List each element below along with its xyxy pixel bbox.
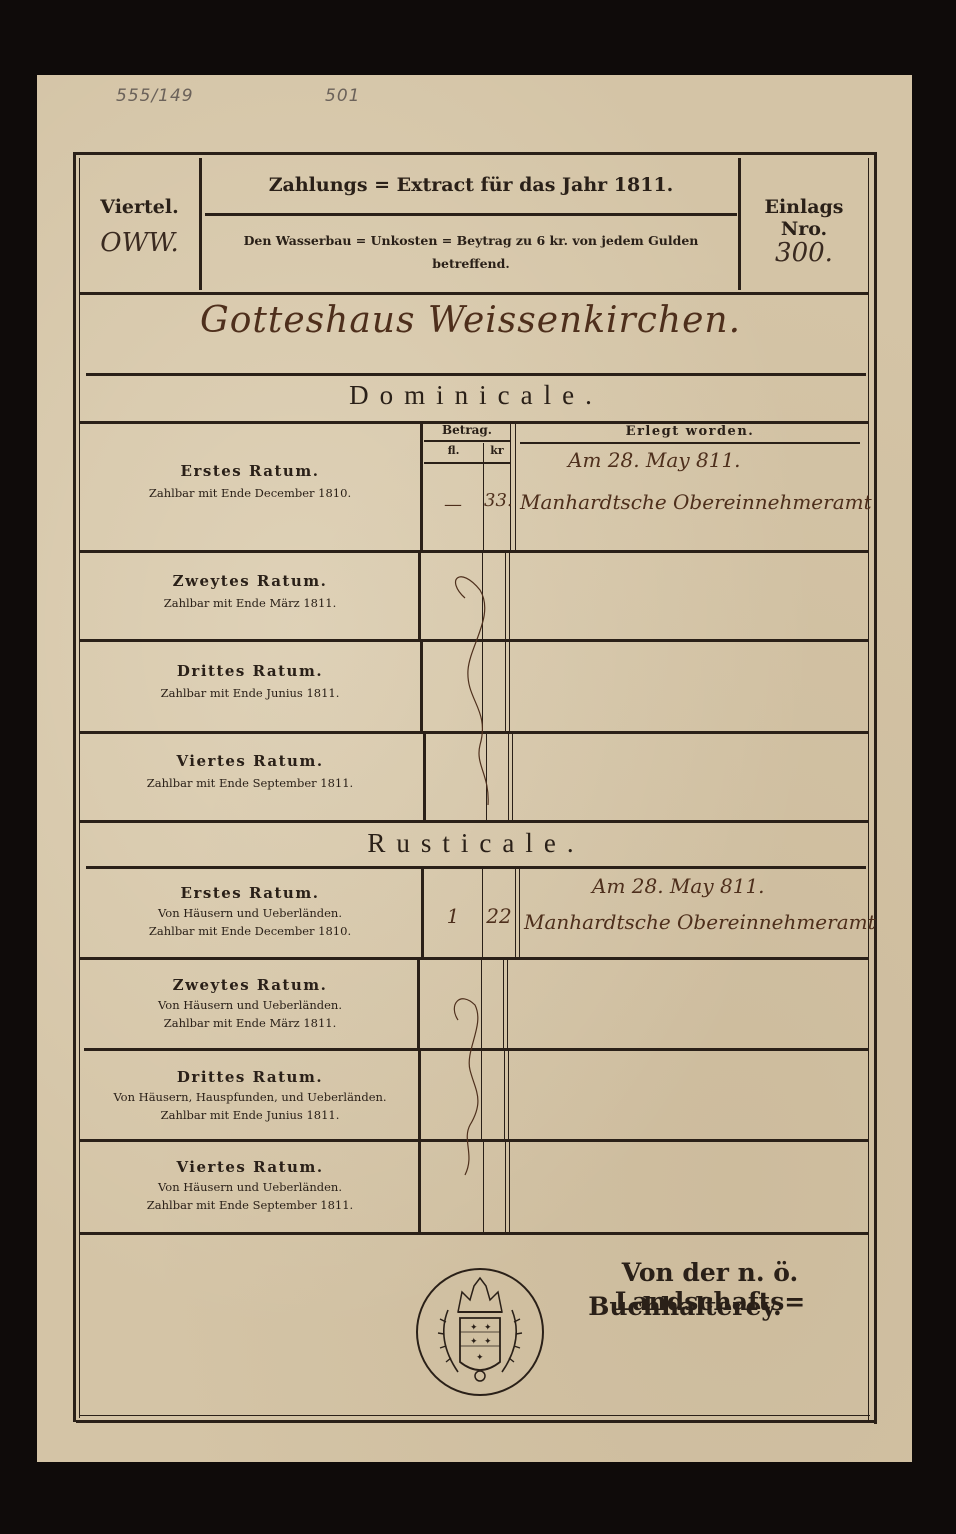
table-row-rusticale-3: Drittes Ratum. Von Häusern, Hauspfunden,…	[82, 1068, 418, 1122]
column-header-fl: fl.	[424, 444, 483, 457]
ratum-due-date: Zahlbar mit Ende December 1810.	[82, 924, 418, 938]
pencil-note-number: 501	[325, 86, 360, 106]
ratum-category: Von Häusern und Ueberländen.	[82, 1180, 418, 1194]
ratum-title: Drittes Ratum.	[82, 662, 418, 680]
blank-out-squiggle-icon	[440, 990, 500, 1180]
svg-text:✦: ✦	[470, 1337, 478, 1347]
ratum-title: Zweytes Ratum.	[82, 572, 418, 590]
ratum-title: Zweytes Ratum.	[82, 976, 418, 994]
payment-date-handwritten: Am 28. May 811.	[592, 874, 852, 898]
ratum-due-date: Zahlbar mit Ende Junius 1811.	[82, 1108, 418, 1122]
viertel-value: OWW.	[82, 228, 197, 258]
ratum-due-date: Zahlbar mit Ende September 1811.	[82, 776, 418, 790]
ratum-category: Von Häusern und Ueberländen.	[82, 906, 418, 920]
einlags-value: 300.	[742, 238, 866, 268]
table-row-rusticale-2: Zweytes Ratum. Von Häusern und Ueberländ…	[82, 976, 418, 1030]
svg-text:✦: ✦	[470, 1323, 478, 1333]
viertel-label: Viertel.	[82, 196, 197, 218]
payment-date-handwritten: Am 28. May 811.	[568, 448, 828, 472]
blank-out-squiggle-icon	[440, 570, 510, 810]
form-title: Zahlungs = Extract für das Jahr 1811.	[205, 174, 737, 196]
ratum-title: Erstes Ratum.	[82, 462, 418, 480]
ratum-title: Drittes Ratum.	[82, 1068, 418, 1086]
table-row-dominicale-1: Erstes Ratum. Zahlbar mit Ende December …	[82, 462, 418, 500]
ratum-title: Erstes Ratum.	[82, 884, 418, 902]
form-subtitle-line1: Den Wasserbau = Unkosten = Beytrag zu 6 …	[205, 233, 737, 248]
receipt-signature-handwritten: Manhardtsche Obereinnehmeramt	[524, 910, 914, 934]
ratum-due-date: Zahlbar mit Ende Junius 1811.	[82, 686, 418, 700]
ratum-due-date: Zahlbar mit Ende März 1811.	[82, 1016, 418, 1030]
table-row-dominicale-4: Viertes Ratum. Zahlbar mit Ende Septembe…	[82, 752, 418, 790]
ratum-due-date: Zahlbar mit Ende März 1811.	[82, 596, 418, 610]
svg-text:✦: ✦	[476, 1353, 484, 1363]
ratum-title: Viertes Ratum.	[82, 1158, 418, 1176]
amount-fl: —	[428, 494, 478, 515]
section-title-dominicale: Dominicale.	[86, 380, 866, 411]
payer-name-handwritten: Gotteshaus Weissenkirchen.	[200, 300, 760, 341]
svg-text:✦: ✦	[484, 1323, 492, 1333]
form-subtitle-line2: betreffend.	[205, 256, 737, 271]
einlags-label: Einlags Nro.	[742, 196, 866, 240]
table-row-rusticale-4: Viertes Ratum. Von Häusern und Ueberländ…	[82, 1158, 418, 1212]
amount-kr: 33.	[484, 490, 512, 511]
section-title-rusticale: Rusticale.	[86, 828, 866, 859]
ratum-title: Viertes Ratum.	[82, 752, 418, 770]
column-header-betrag: Betrag.	[424, 423, 510, 437]
receipt-signature-handwritten: Manhardtsche Obereinnehmeramt	[520, 490, 890, 514]
ratum-due-date: Zahlbar mit Ende December 1810.	[82, 486, 418, 500]
table-row-dominicale-3: Drittes Ratum. Zahlbar mit Ende Junius 1…	[82, 662, 418, 700]
ratum-category: Von Häusern und Ueberländen.	[82, 998, 418, 1012]
issuer-line-2: Buchhalterey.	[560, 1292, 810, 1321]
amount-fl: 1	[428, 904, 478, 928]
svg-text:✦: ✦	[484, 1337, 492, 1347]
ratum-category: Von Häusern, Hauspfunden, und Ueberlände…	[82, 1090, 418, 1104]
coat-of-arms-seal-icon: ✦ ✦ ✦ ✦ ✦	[416, 1268, 544, 1396]
ratum-due-date: Zahlbar mit Ende September 1811.	[82, 1198, 418, 1212]
table-row-rusticale-1: Erstes Ratum. Von Häusern und Ueberlände…	[82, 884, 418, 938]
pencil-note-archive-number: 555/149	[116, 86, 194, 106]
column-header-erlegt: Erlegt worden.	[520, 424, 860, 439]
column-header-kr: kr	[484, 444, 510, 457]
amount-kr: 22	[484, 904, 514, 928]
table-row-dominicale-2: Zweytes Ratum. Zahlbar mit Ende März 181…	[82, 572, 418, 610]
